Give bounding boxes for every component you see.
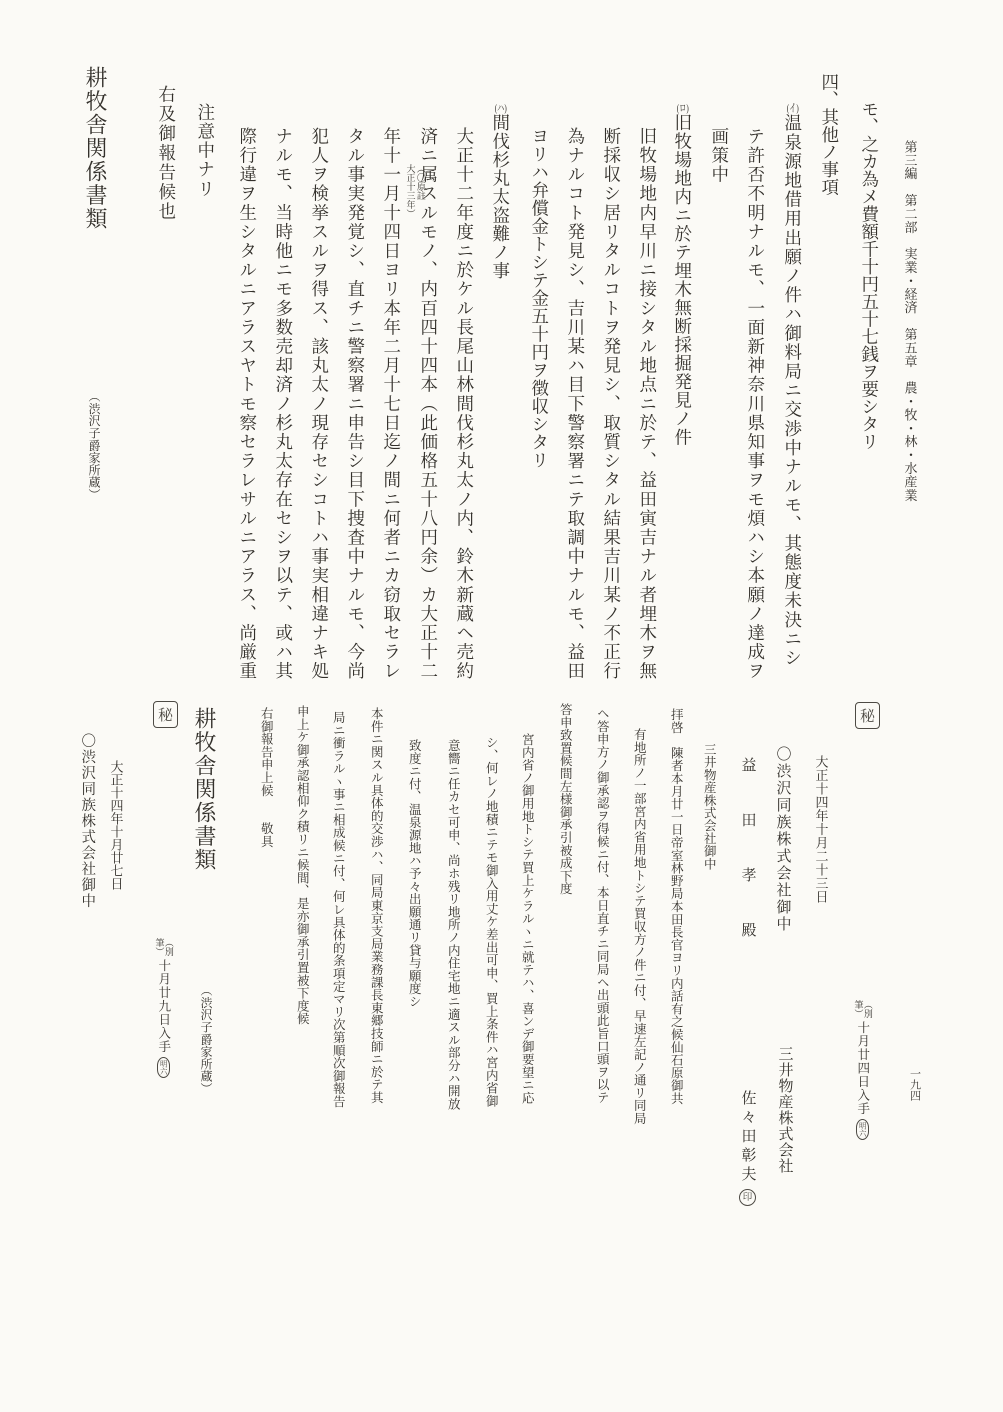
letter-body-column-text: 意嚮ニ任カセ可申、尚ホ残リ地所ノ内住宅地ニ適スル部分ハ開放 xyxy=(446,739,460,1110)
letter-body-column: 致度ニ付、温泉源地ハ予々出願通リ貸与願度シ xyxy=(408,739,421,1008)
letter-body-column-text: 拝啓 陳者本月廿一日帝室林野局本田長官ヨリ内話有之候仙石原御共 xyxy=(669,708,683,1105)
letter-body-column-text: 答申致置候間左様御承引被成下度 xyxy=(558,703,572,895)
letter-body-column-text: 宮内省ノ御用地トシテ買上ケラルヽニ就テハ、喜ンデ御要望ニ応 xyxy=(520,733,534,1104)
letter-date: 大正十四年十月廿七日 xyxy=(110,760,123,890)
annotation-text: 十月廿九日入手 xyxy=(157,959,170,1054)
collation-circle-mark: 明六 xyxy=(856,1119,870,1140)
letter-body-column-text: 局ニ衝ラルヽ事ニ相成候ニ付、何レ具体的条項定マリ次第順次御報告 xyxy=(331,711,345,1108)
letter-addressee-text: 〇渋沢同族株式会社御中 xyxy=(775,746,791,933)
letter-body-column-text: 有地所ノ一部宮内省用地トシテ買収方ノ件ニ付、早速左記ノ通リ同局 xyxy=(632,728,646,1125)
letter-body-column-text: 致度ニ付、温泉源地ハ予々出願通リ貸与願度シ xyxy=(407,739,421,1008)
letter-sender-text: 佐々田彰夫 xyxy=(740,1090,756,1185)
warichu-line: （別 xyxy=(862,1000,871,1018)
letter-body-column-text: 申上ケ御承認相仰ク積リニ候間、是亦御承引置被下度候 xyxy=(295,705,309,1025)
closing-line-text: 右御報告申上候 敬具 xyxy=(259,707,273,848)
letter-body-column: ヘ答申方ノ御承認ヲ得候ニ付、本日直チニ同局ヘ出頭此旨口頭ヲ以テ xyxy=(596,707,609,1104)
secrecy-stamp: 秘 xyxy=(855,702,880,729)
book-page-bottom: 秘（別筆）十月廿四日入手明六一九四大正十四年十月二十三日〇渋沢同族株式会社御中益… xyxy=(0,0,1003,1412)
letter-body-column: 答申致置候間左様御承引被成下度 xyxy=(559,703,572,895)
letter-sender: 三井物産株式会社 xyxy=(777,1046,792,1174)
letter-date-text: 大正十四年十月廿七日 xyxy=(109,760,124,890)
page-number-text: 一九四 xyxy=(909,1068,921,1101)
letter-date: 大正十四年十月二十三日 xyxy=(815,755,828,904)
letter-body-column: 申上ケ御承認相仰ク積リニ候間、是亦御承引置被下度候 xyxy=(296,705,309,1025)
letter-addressee: 〇渋沢同族株式会社御中 xyxy=(775,746,790,933)
letter-body-column: 有地所ノ一部宮内省用地トシテ買収方ノ件ニ付、早速左記ノ通リ同局 xyxy=(633,728,646,1125)
letter-addressee: 三井物産株式会社御中 xyxy=(703,743,716,870)
letter-addressee-text: 益田孝殿 xyxy=(740,757,756,977)
letter-sender: 佐々田彰夫印 xyxy=(739,1090,756,1206)
letter-addressee-text: 三井物産株式会社御中 xyxy=(702,743,716,870)
receipt-annotation: （別筆）十月廿四日入手明六 xyxy=(853,1000,872,1140)
letter-date-text: 大正十四年十月二十三日 xyxy=(814,755,829,904)
annotation-text: 十月廿四日入手 xyxy=(856,1021,869,1116)
source-note-text: （渋沢子爵家所蔵） xyxy=(199,984,213,1095)
letter-sender-text: 三井物産株式会社 xyxy=(777,1046,793,1174)
letter-addressee-text: 〇渋沢同族株式会社御中 xyxy=(79,733,95,909)
letter-body-column: 拝啓 陳者本月廿一日帝室林野局本田長官ヨリ内話有之候仙石原御共 xyxy=(670,708,683,1105)
betsuhitsu-warichu: （別筆） xyxy=(853,1000,872,1018)
letter-body-column-text: シ、何レノ地積ニテモ御入用丈ケ差出可申、買上条件ハ宮内省御 xyxy=(484,736,498,1107)
closing-line: 右御報告申上候 敬具 xyxy=(260,707,273,848)
receipt-annotation: （別筆）十月廿九日入手明六 xyxy=(154,938,173,1078)
letter-body-column: 局ニ衝ラルヽ事ニ相成候ニ付、何レ具体的条項定マリ次第順次御報告 xyxy=(332,711,345,1108)
collation-circle-mark: 明六 xyxy=(157,1057,171,1078)
document-heading: 耕牧舎関係書類 xyxy=(193,707,215,872)
page-number: 一九四 xyxy=(909,1068,920,1101)
scanned-book-spread: 第三編 第二部 実業・経済 第五章 農・牧・林・水産業モ、之カ為メ費額千十円五十… xyxy=(0,0,1003,1412)
letter-body-column: 意嚮ニ任カセ可申、尚ホ残リ地所ノ内住宅地ニ適スル部分ハ開放 xyxy=(447,739,460,1110)
warichu-line: （別 xyxy=(163,938,172,956)
warichu-line: 筆） xyxy=(853,1000,862,1018)
letter-body-column: 宮内省ノ御用地トシテ買上ケラルヽニ就テハ、喜ンデ御要望ニ応 xyxy=(521,733,534,1104)
betsuhitsu-warichu: （別筆） xyxy=(154,938,173,956)
document-heading-text: 耕牧舎関係書類 xyxy=(192,707,217,872)
letter-body-column: シ、何レノ地積ニテモ御入用丈ケ差出可申、買上条件ハ宮内省御 xyxy=(485,736,498,1107)
secrecy-stamp: 秘 xyxy=(153,701,178,728)
letter-addressee: 益田孝殿 xyxy=(740,757,755,977)
warichu-line: 筆） xyxy=(154,938,163,956)
letter-body-column-text: ヘ答申方ノ御承認ヲ得候ニ付、本日直チニ同局ヘ出頭此旨口頭ヲ以テ xyxy=(595,707,609,1104)
letter-body-column: 本件ニ関スル具体的交渉ハ、同局東京支局業務課長東郷技師ニ於テ其 xyxy=(370,707,383,1104)
letter-body-column-text: 本件ニ関スル具体的交渉ハ、同局東京支局業務課長東郷技師ニ於テ其 xyxy=(369,707,383,1104)
in-seal-icon: 印 xyxy=(739,1189,756,1206)
source-note: （渋沢子爵家所蔵） xyxy=(200,984,212,1095)
letter-addressee: 〇渋沢同族株式会社御中 xyxy=(80,733,95,909)
